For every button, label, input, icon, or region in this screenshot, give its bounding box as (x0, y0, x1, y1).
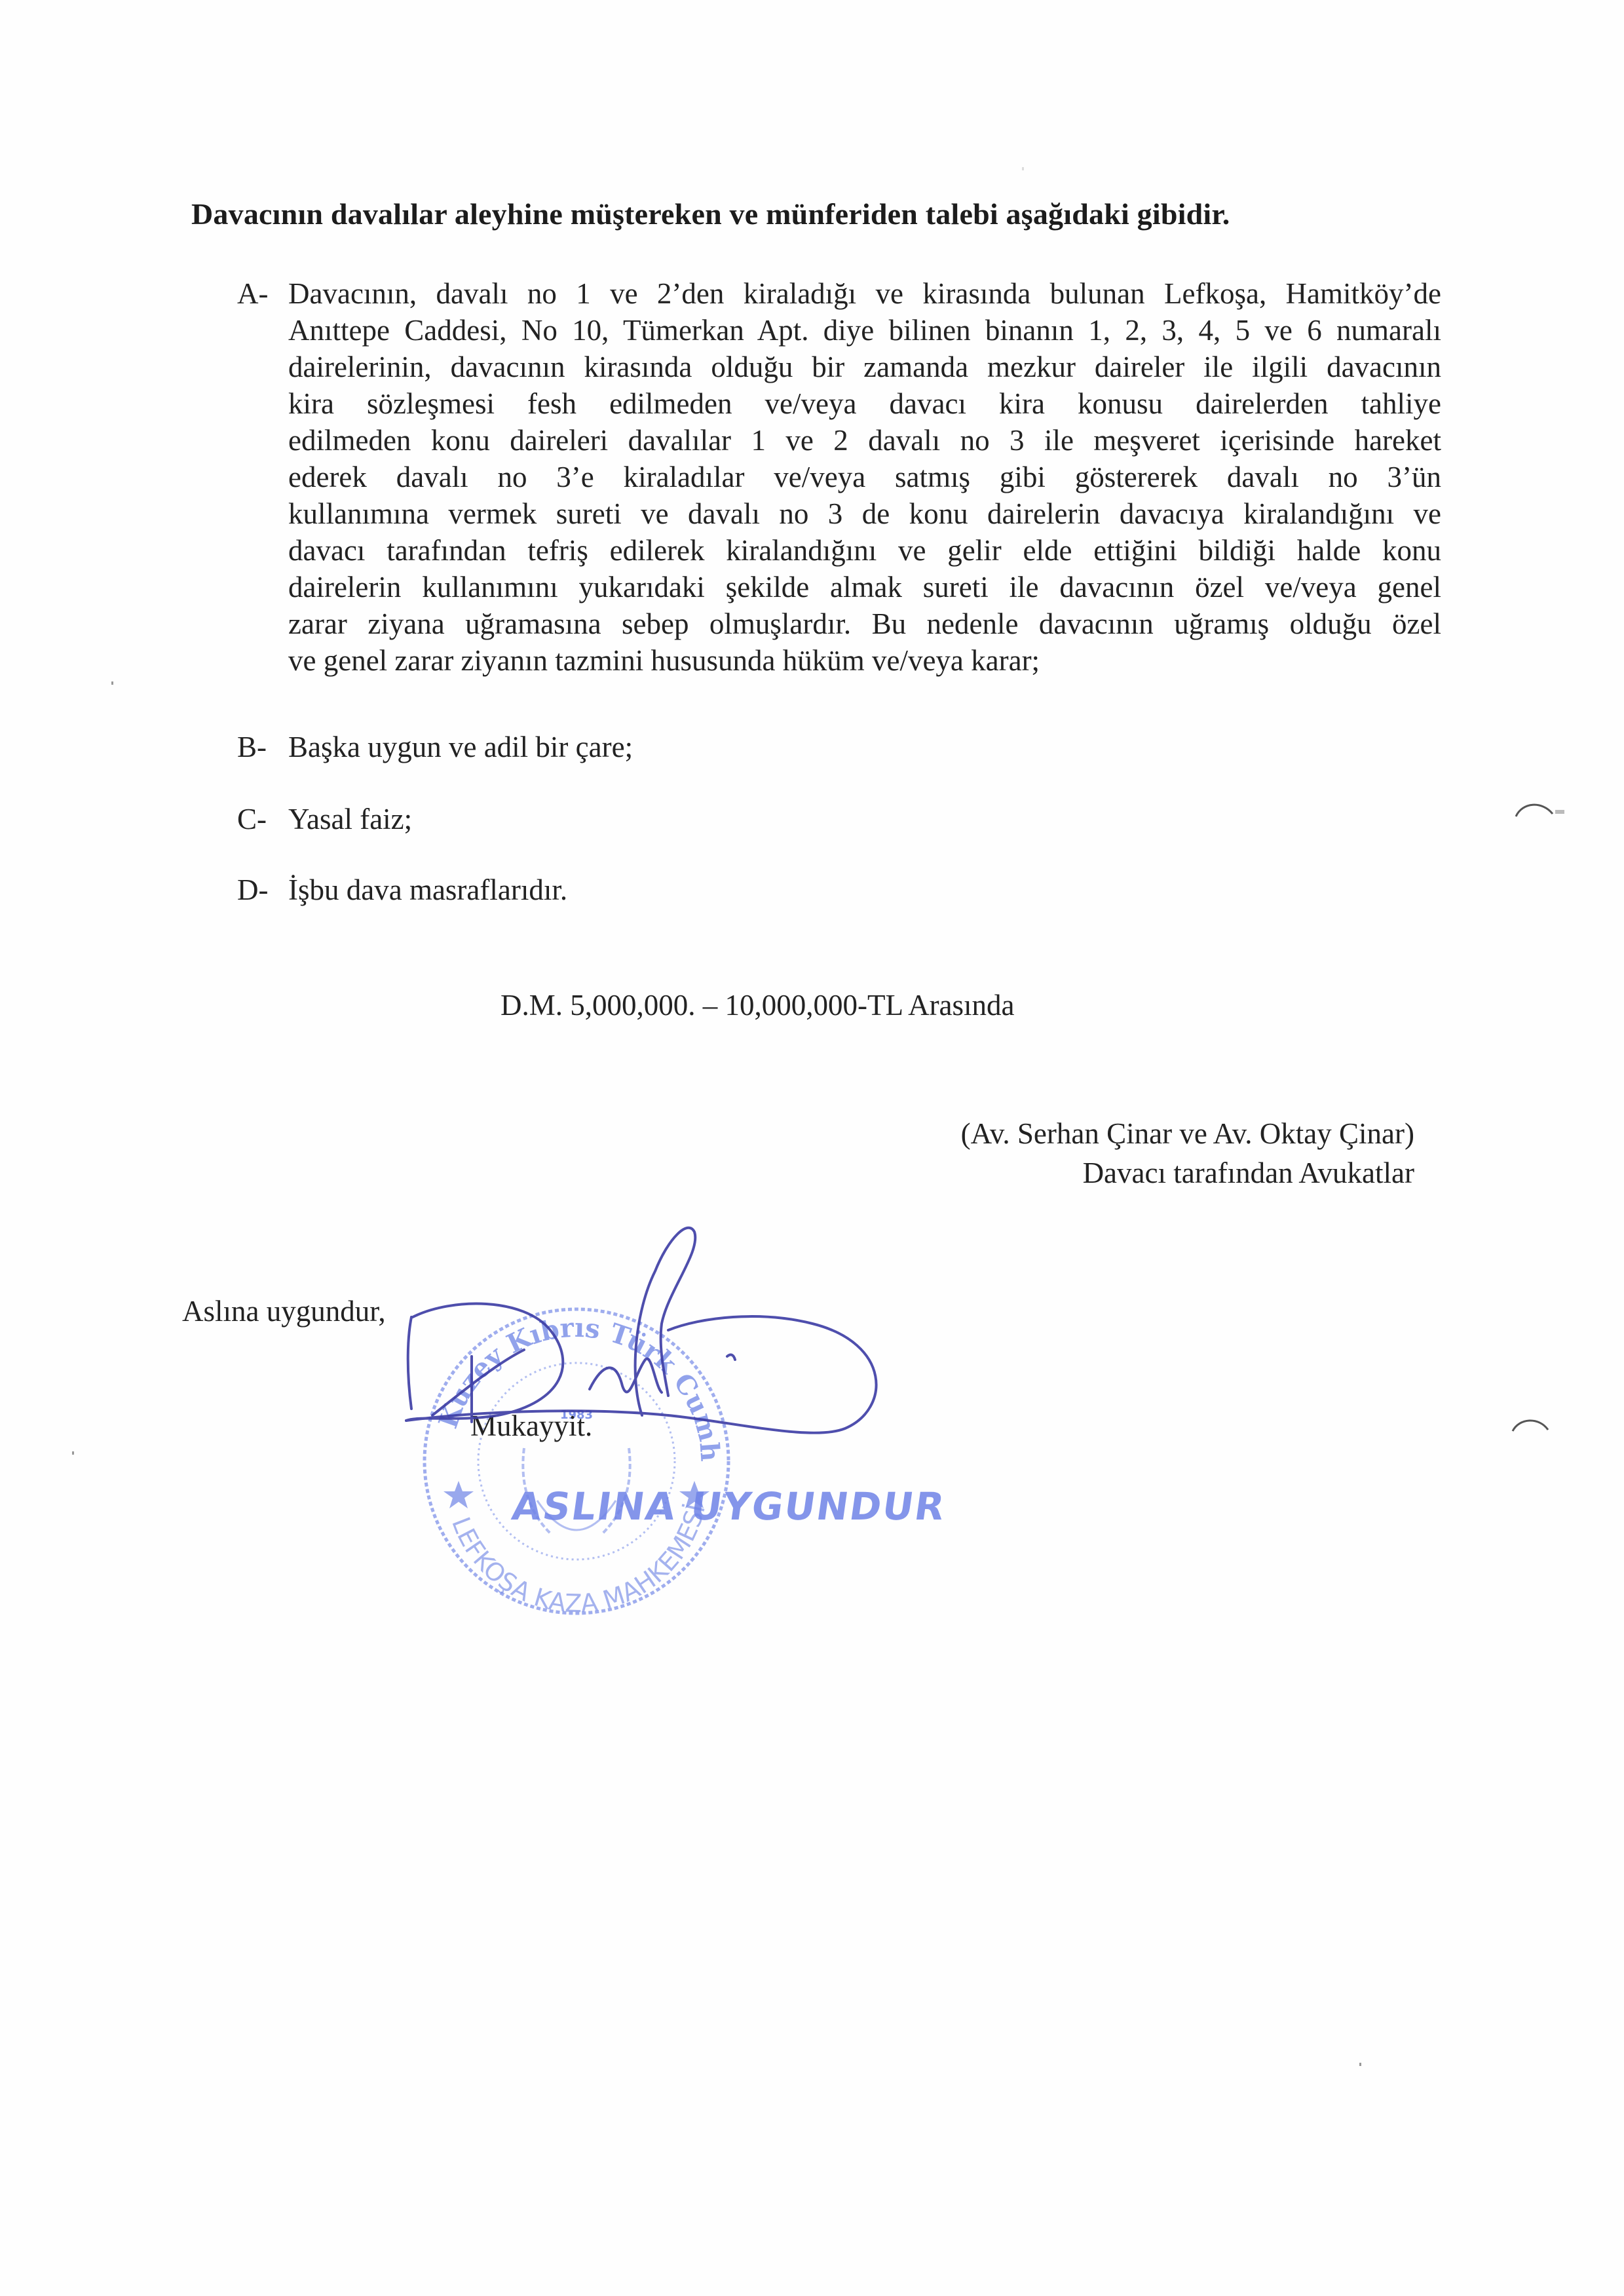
lawyers-block: (Av. Serhan Çinar ve Av. Oktay Çinar) Da… (961, 1114, 1414, 1193)
certification-text: Aslına uygundur, (182, 1294, 386, 1328)
scan-speck (72, 1451, 74, 1455)
item-label: D- (237, 871, 268, 908)
item-label: C- (237, 801, 267, 837)
item-line: zarar ziyana uğramasına sebep olmuşlardı… (288, 605, 1441, 642)
item-line: dairelerinin, davacının kirasında olduğu… (288, 349, 1441, 385)
item-text: Davacının, davalı no 1 ve 2’den kiraladı… (288, 275, 1441, 679)
item-line: ve genel zarar ziyanın tazmini hususunda… (288, 642, 1441, 679)
item-label: A- (237, 275, 268, 312)
item-line: davacı tarafından tefriş edilerek kirala… (288, 532, 1441, 569)
claim-heading: Davacının davalılar aleyhine müştereken … (191, 197, 1230, 231)
item-line: dairelerin kullanımını yukarıdaki şekild… (288, 569, 1441, 605)
lawyer-role: Davacı tarafından Avukatlar (961, 1153, 1414, 1193)
item-text: Yasal faiz; (288, 801, 1441, 837)
item-line: Anıttepe Caddesi, No 10, Tümerkan Apt. d… (288, 312, 1441, 349)
item-label: B- (237, 729, 267, 765)
claim-amount: D.M. 5,000,000. – 10,000,000-TL Arasında (500, 988, 1015, 1022)
document-page: Davacının davalılar aleyhine müştereken … (0, 0, 1624, 2296)
item-text: Başka uygun ve adil bir çare; (288, 729, 1441, 765)
lawyer-names: (Av. Serhan Çinar ve Av. Oktay Çinar) (961, 1114, 1414, 1153)
item-line: Davacının, davalı no 1 ve 2’den kiraladı… (288, 275, 1441, 312)
item-text: İşbu dava masraflarıdır. (288, 871, 1441, 908)
scan-mark-icon (1510, 1415, 1556, 1435)
item-line: kira sözleşmesi fesh edilmeden ve/veya d… (288, 385, 1441, 422)
item-line: ederek davalı no 3’e kiraladılar ve/veya… (288, 459, 1441, 495)
item-line: kullanımına vermek sureti ve davalı no 3… (288, 495, 1441, 532)
item-line: edilmeden konu daireleri davalılar 1 ve … (288, 422, 1441, 459)
scan-mark-icon (1513, 799, 1566, 819)
scan-speck (1359, 2063, 1361, 2066)
scan-speck (111, 681, 113, 685)
signature-icon (393, 1219, 917, 1494)
scan-speck (1022, 167, 1024, 170)
